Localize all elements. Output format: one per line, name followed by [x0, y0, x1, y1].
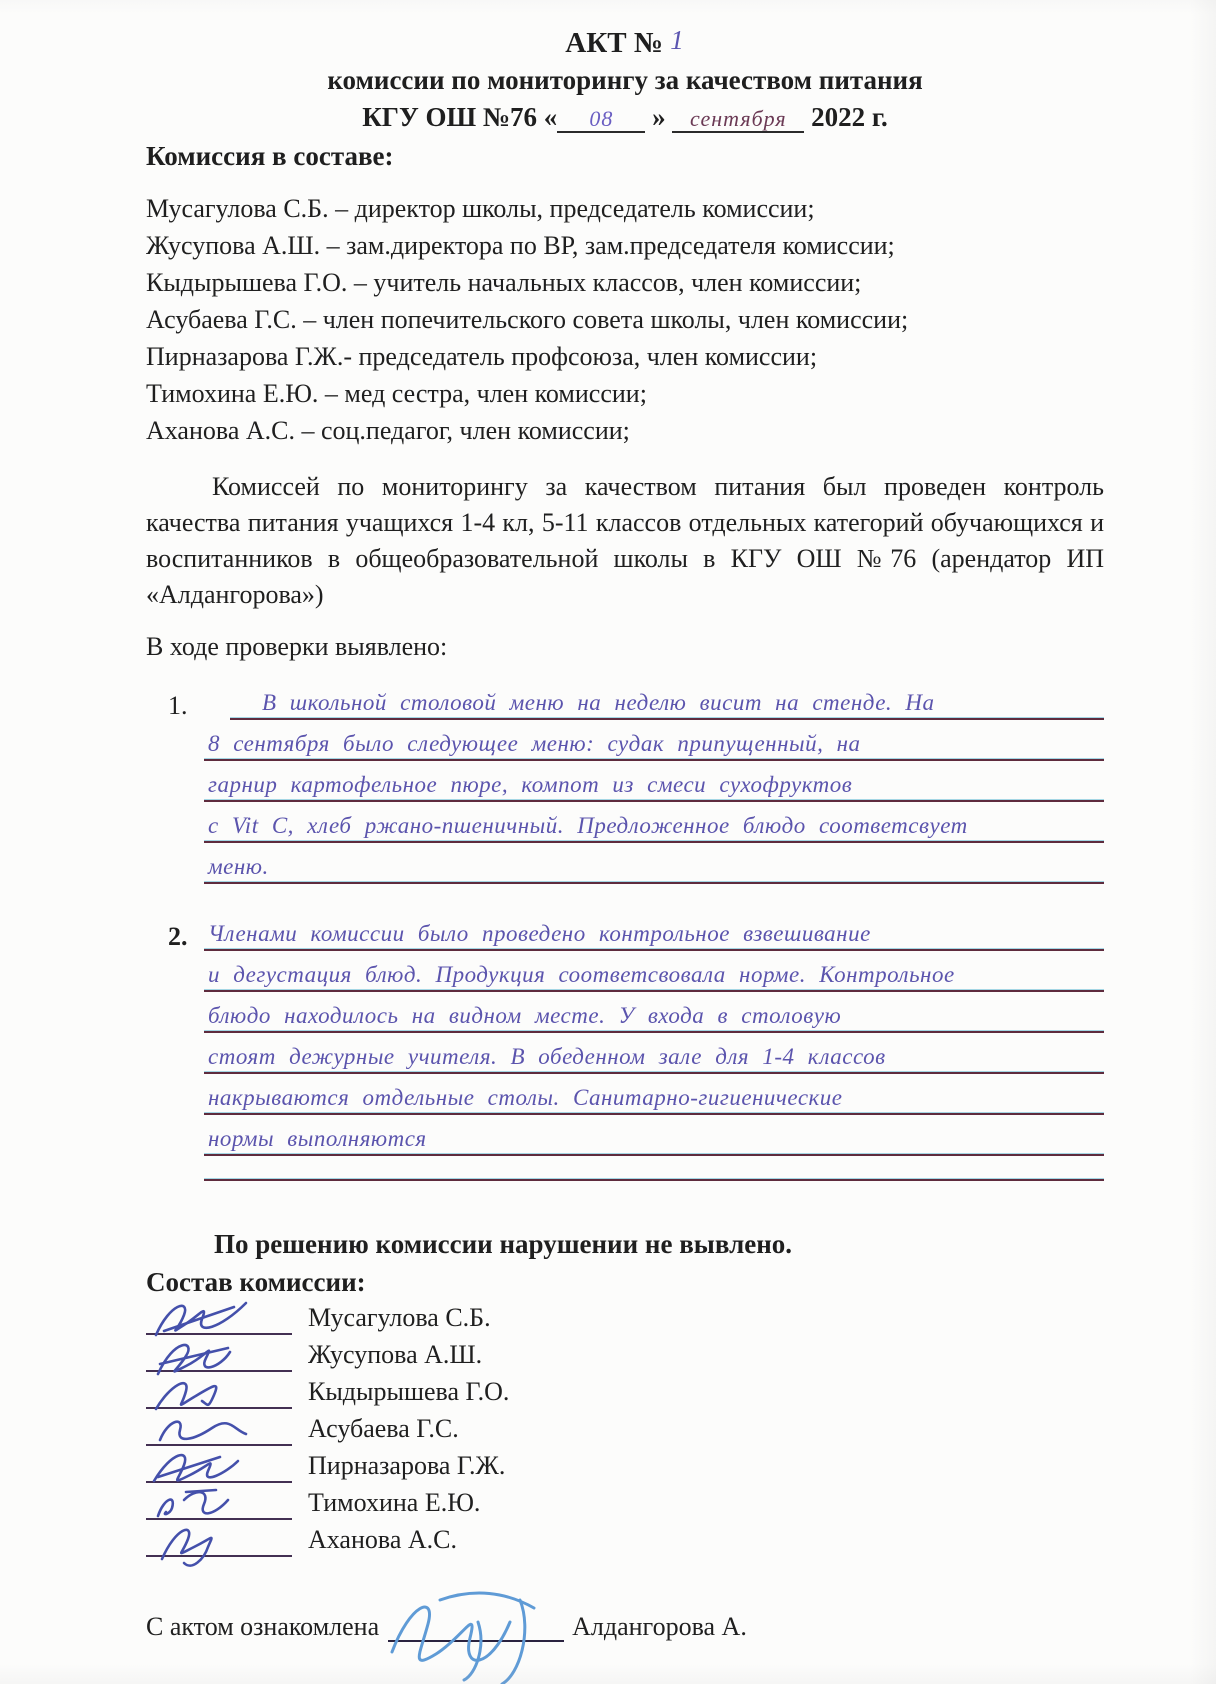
- signature-row: Жусупова А.Ш.: [146, 1338, 1104, 1375]
- member-item: Мусагулова С.Б. – директор школы, предсе…: [146, 190, 1104, 227]
- signatures-block: Мусагулова С.Б. Жусупова А.Ш. Кыдырышева…: [146, 1301, 1104, 1560]
- signature-row: Пирназарова Г.Ж.: [146, 1449, 1104, 1486]
- member-item: Аханова А.С. – соц.педагог, член комисси…: [146, 412, 1104, 449]
- members-list: Мусагулова С.Б. – директор школы, предсе…: [146, 190, 1104, 449]
- quote-close: »: [652, 102, 666, 132]
- title-line3: КГУ ОШ №76 «08 » сентября 2022 г.: [146, 99, 1104, 136]
- handwritten-line: нормы выполняются: [204, 1115, 1104, 1156]
- signature-row: Аханова А.С.: [146, 1523, 1104, 1560]
- handwritten-line: Членами комиссии было проведено контроль…: [204, 910, 1104, 951]
- date-day-slot: 08: [557, 105, 645, 133]
- finding-item-1: 1. В школьной столовой меню на неделю ви…: [204, 679, 1104, 884]
- member-item: Асубаева Г.С. – член попечительского сов…: [146, 301, 1104, 338]
- signature-line: [146, 1303, 292, 1335]
- handwritten-line: гарнир картофельное пюре, компот из смес…: [204, 761, 1104, 802]
- signature-name: Жусупова А.Ш.: [308, 1338, 482, 1372]
- signature-name: Пирназарова Г.Ж.: [308, 1449, 505, 1483]
- date-day-handwritten: 08: [589, 106, 613, 131]
- empty-ruled-line: [204, 1178, 1104, 1181]
- date-month-handwritten: сентября: [690, 106, 787, 131]
- handwritten-line: 8 сентября было следующее меню: судак пр…: [204, 720, 1104, 761]
- handwritten-line: с Vit C, хлеб ржано-пшеничный. Предложен…: [204, 802, 1104, 843]
- document-title: АКТ № 1: [146, 24, 1104, 62]
- akt-prefix: АКТ №: [565, 27, 663, 59]
- handwritten-line: меню.: [204, 843, 1104, 884]
- signature-line: [146, 1414, 292, 1446]
- decision-statement: По решению комиссии нарушении не вывлено…: [214, 1225, 1104, 1263]
- handwritten-line: блюдо находилось на видном месте. У вход…: [204, 992, 1104, 1033]
- signature-line: [146, 1525, 292, 1557]
- signatures-heading: Состав комиссии:: [146, 1263, 1104, 1301]
- ack-prefix: С актом ознакомлена: [146, 1612, 379, 1641]
- member-item: Кыдырышева Г.О. – учитель начальных клас…: [146, 264, 1104, 301]
- title-block: АКТ № 1 комиссии по мониторингу за качес…: [146, 24, 1104, 136]
- ack-signature-line: [388, 1614, 564, 1642]
- akt-number-handwritten: 1: [670, 25, 685, 55]
- signature-name: Тимохина Е.Ю.: [308, 1486, 480, 1520]
- handwritten-line: и дегустация блюд. Продукция соответсвов…: [204, 951, 1104, 992]
- signature-line: [146, 1451, 292, 1483]
- handwritten-line: В школьной столовой меню на неделю висит…: [204, 679, 1104, 720]
- ack-signature-stroke-icon: [382, 1582, 582, 1684]
- year-suffix: 2022 г.: [811, 102, 888, 132]
- signature-row: Мусагулова С.Б.: [146, 1301, 1104, 1338]
- finding-item-2: 2. Членами комиссии было проведено контр…: [204, 910, 1104, 1156]
- handwritten-line: стоят дежурные учителя. В обеденном зале…: [204, 1033, 1104, 1074]
- signature-row: Асубаева Г.С.: [146, 1412, 1104, 1449]
- body-paragraph: Комиссей по мониторингу за качеством пит…: [146, 469, 1104, 613]
- title-line2: комиссии по мониторингу за качеством пит…: [146, 62, 1104, 99]
- acknowledgment-line: С актом ознакомлена Алдангорова А.: [146, 1612, 1104, 1642]
- member-item: Пирназарова Г.Ж.- председатель профсоюза…: [146, 338, 1104, 375]
- ack-name: Алдангорова А.: [572, 1612, 747, 1641]
- signature-name: Кыдырышева Г.О.: [308, 1375, 509, 1409]
- signature-row: Кыдырышева Г.О.: [146, 1375, 1104, 1412]
- member-item: Тимохина Е.Ю. – мед сестра, член комисси…: [146, 375, 1104, 412]
- findings-list: 1. В школьной столовой меню на неделю ви…: [204, 679, 1104, 1181]
- findings-heading: В ходе проверки выявлено:: [146, 629, 1104, 665]
- member-item: Жусупова А.Ш. – зам.директора по ВР, зам…: [146, 227, 1104, 264]
- handwritten-line: накрываются отдельные столы. Санитарно-г…: [204, 1074, 1104, 1115]
- finding-number: 2.: [168, 922, 188, 952]
- signature-row: Тимохина Е.Ю.: [146, 1486, 1104, 1523]
- signature-line: [146, 1488, 292, 1520]
- signature-line: [146, 1340, 292, 1372]
- signature-name: Аханова А.С.: [308, 1523, 457, 1557]
- date-month-slot: сентября: [672, 105, 804, 133]
- commission-heading: Комиссия в составе:: [146, 138, 1104, 174]
- signature-stroke-icon: [150, 1519, 260, 1563]
- signature-name: Асубаева Г.С.: [308, 1412, 459, 1446]
- finding-number: 1.: [168, 691, 188, 721]
- document-page: АКТ № 1 комиссии по мониторингу за качес…: [0, 0, 1216, 1642]
- signature-name: Мусагулова С.Б.: [308, 1301, 491, 1335]
- signature-line: [146, 1377, 292, 1409]
- kgu-prefix: КГУ ОШ №76 «: [362, 102, 557, 132]
